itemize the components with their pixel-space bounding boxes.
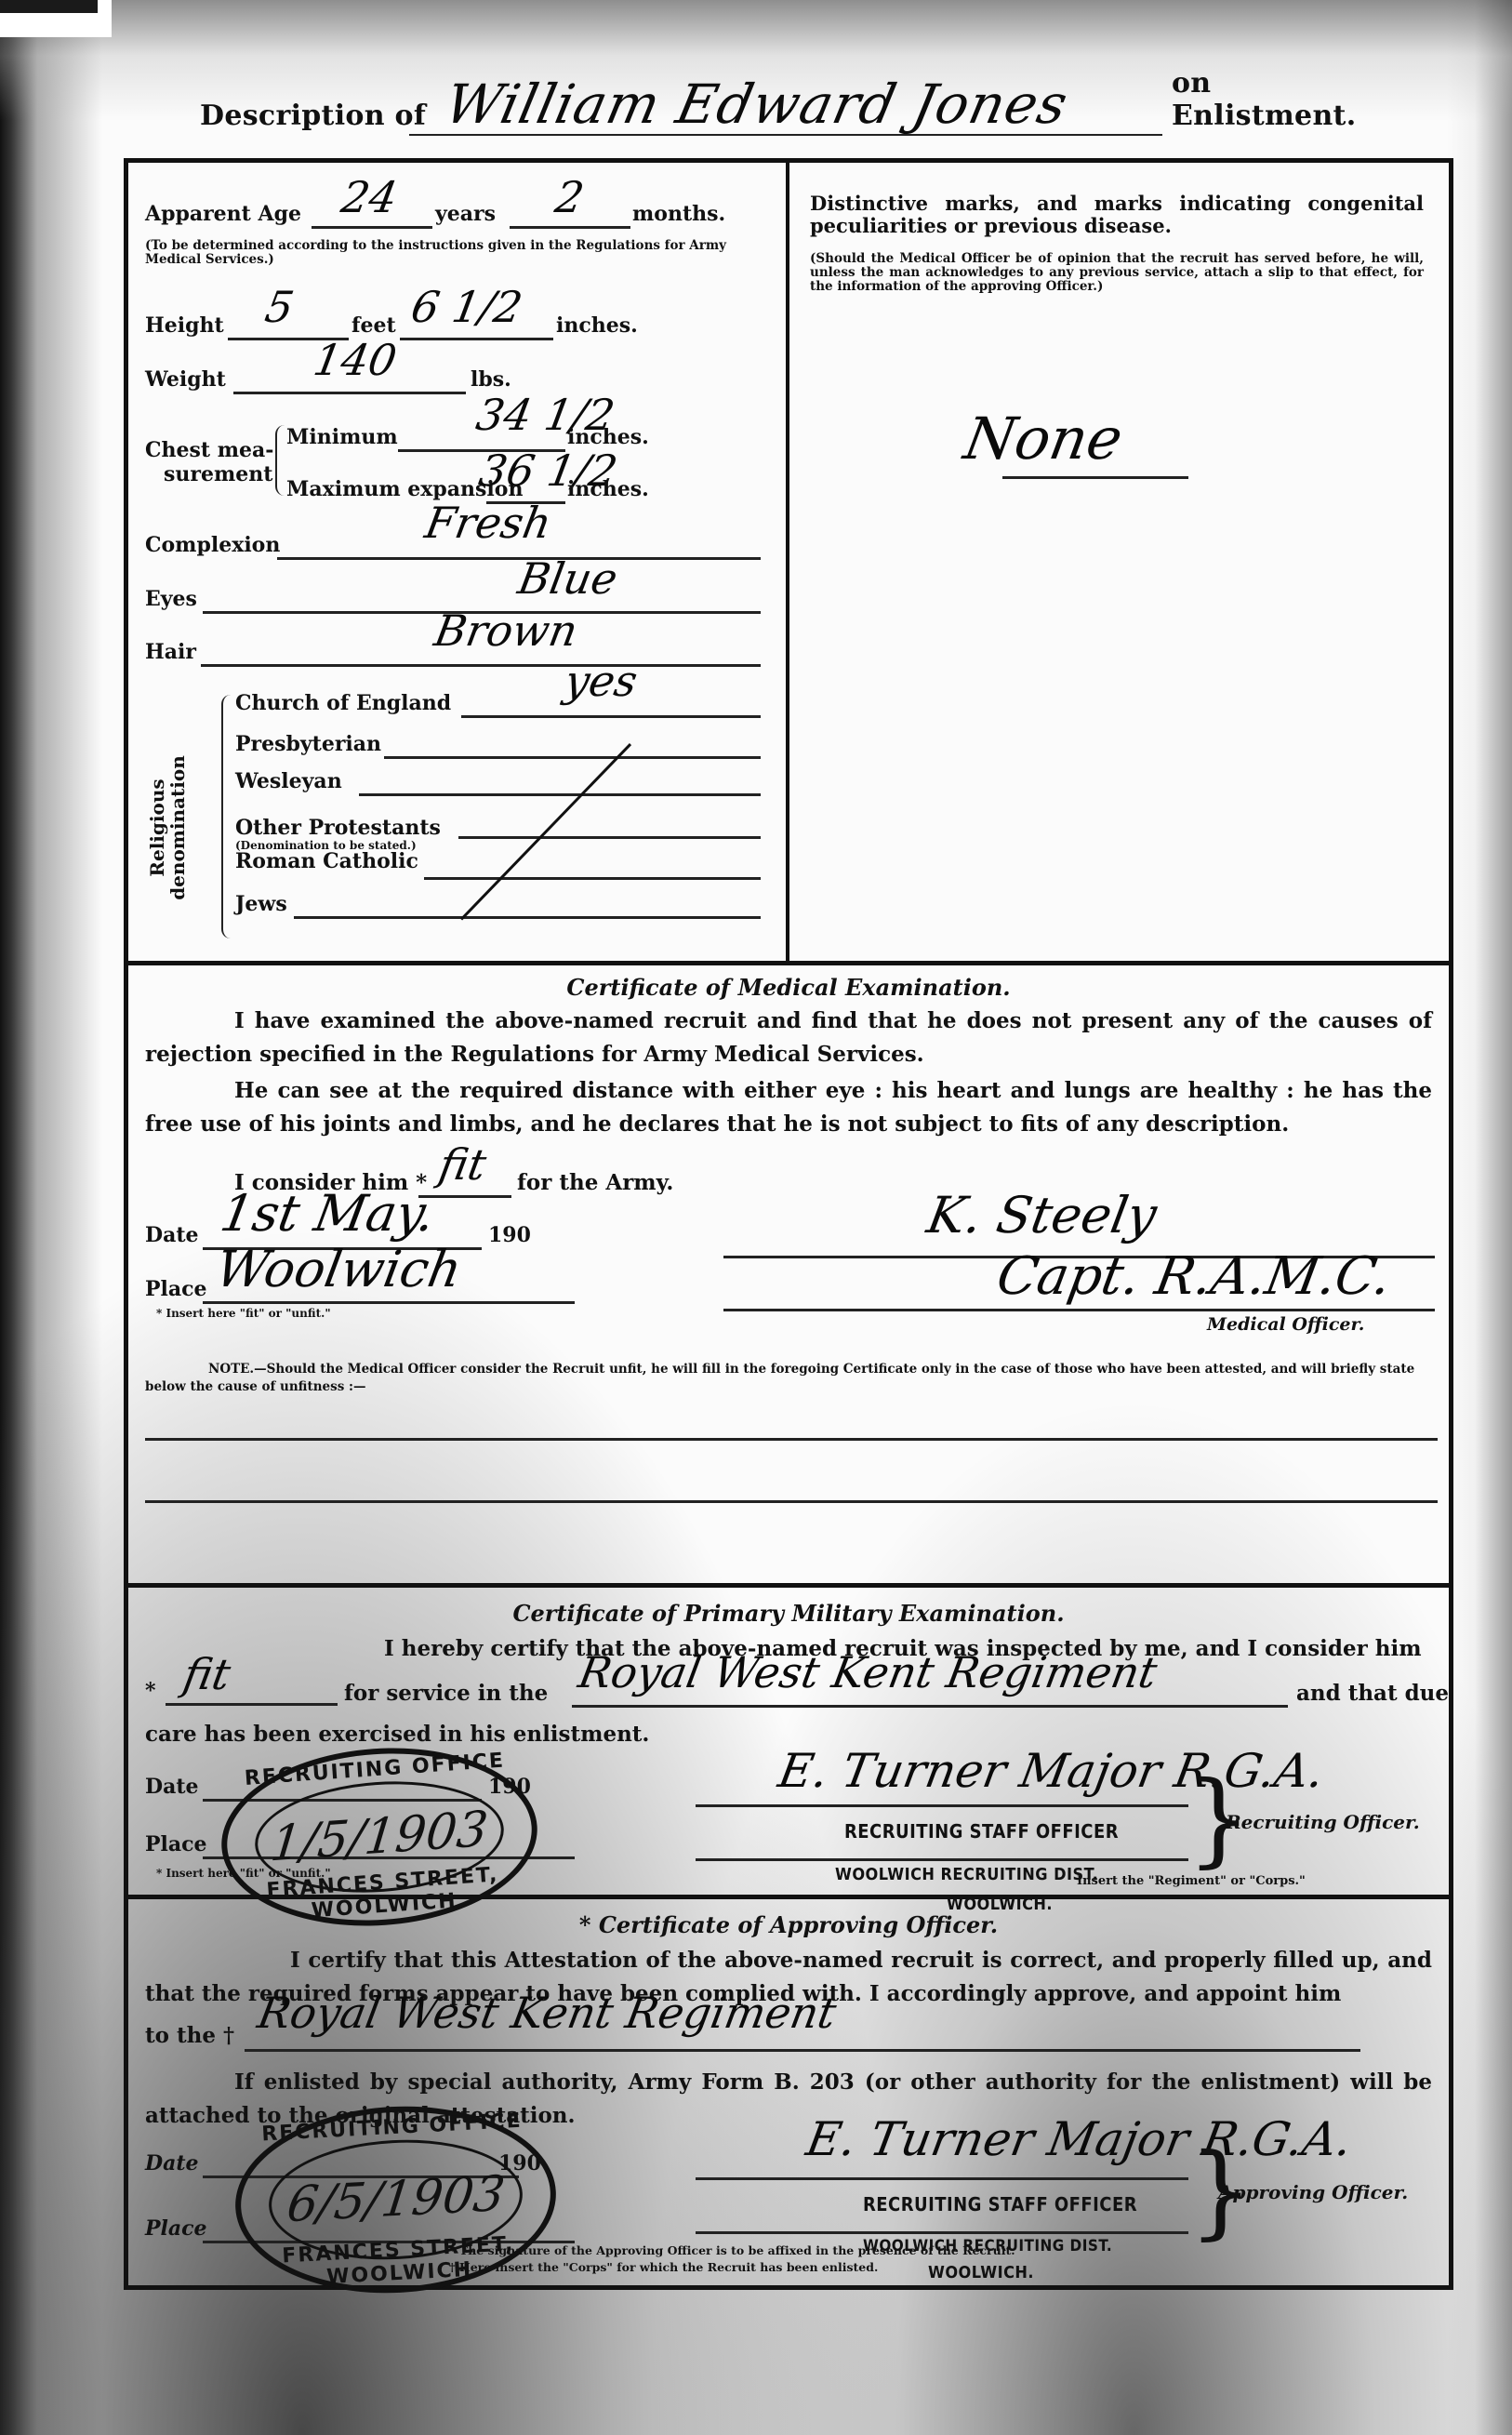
primary-fit-line <box>166 1703 338 1706</box>
medical-place-value: Woolwich <box>211 1240 466 1298</box>
recruiting-officer-stamp-line2: WOOLWICH RECRUITING DIST. <box>835 1865 1098 1884</box>
primary-place-label: Place <box>145 1832 207 1856</box>
religion-side-label-line1: Religious <box>147 730 167 925</box>
religion-presbyterian-label: Presbyterian <box>235 732 381 756</box>
complexion-value: Fresh <box>421 498 555 548</box>
weight-value: 140 <box>310 335 400 385</box>
unfit-cause-line-2[interactable] <box>145 1500 1438 1503</box>
approving-certificate-title: * Certificate of Approving Officer. <box>128 1911 1449 1938</box>
religion-church-of-england-value: yes <box>561 656 641 706</box>
approving-officer-signature-line <box>696 2177 1188 2180</box>
medical-place-line <box>203 1301 575 1304</box>
hair-line <box>201 664 761 667</box>
approving-officer-role: Approving Officer. <box>1218 2181 1408 2203</box>
recruiting-office-stamp-1: RECRUITING OFFICE 1/5/1903 FRANCES STREE… <box>216 1737 543 1936</box>
approving-officer-stamp-line3: WOOLWICH. <box>928 2263 1034 2282</box>
hair-label: Hair <box>145 640 196 664</box>
height-feet-value: 5 <box>261 282 298 332</box>
regiment-corps-note: Insert the "Regiment" or "Corps." <box>1077 1874 1306 1888</box>
chest-label-line2: surement <box>164 462 272 486</box>
religion-roman-catholic-label: Roman Catholic <box>235 849 418 873</box>
complexion-label: Complexion <box>145 533 280 557</box>
primary-fit-prefix: * <box>145 1679 156 1703</box>
approving-officer-stamp-line1: RECRUITING STAFF OFFICER <box>863 2193 1137 2215</box>
height-label: Height <box>145 313 224 338</box>
unfit-cause-line-1[interactable] <box>145 1438 1438 1441</box>
approving-footnote-2: † Here insert the "Corps" for which the … <box>449 2259 878 2276</box>
religion-other-protestants-line <box>458 836 761 839</box>
medical-date-label: Date <box>145 1223 199 1247</box>
primary-date-label: Date <box>145 1775 199 1799</box>
appoint-prefix: to the † <box>145 2023 234 2048</box>
stamp-top-text: RECRUITING OFFICE <box>221 1748 527 1792</box>
primary-fit-value: fit <box>179 1649 234 1699</box>
primary-regiment-line <box>572 1705 1288 1708</box>
religion-other-protestants-label: Other Protestants <box>235 816 441 840</box>
chest-maximum-unit: inches. <box>567 477 649 501</box>
medical-officer-role: Medical Officer. <box>1207 1314 1364 1335</box>
distinctive-marks-value: None <box>960 405 1128 472</box>
approving-date-label: Date <box>145 2151 199 2176</box>
approving-footnote-1: * The signature of the Approving Officer… <box>449 2242 1015 2259</box>
recruiting-officer-signature-line <box>696 1804 1188 1807</box>
chest-minimum-label: Minimum <box>286 425 398 449</box>
appoint-regiment-value: Royal West Kent Regiment <box>254 1988 840 2038</box>
religion-brace <box>221 695 231 938</box>
distinctive-marks-underline <box>1002 476 1188 479</box>
primary-regiment-value: Royal West Kent Regiment <box>575 1647 1161 1697</box>
medical-officer-rank: Capt. R.A.M.C. <box>992 1246 1396 1307</box>
religion-roman-catholic-line <box>424 877 761 880</box>
recruit-name-field: William Edward Jones <box>409 74 1162 136</box>
age-label: Apparent Age <box>145 202 301 226</box>
religion-church-of-england-label: Church of England <box>235 691 451 715</box>
consider-him-suffix: for the Army. <box>517 1170 673 1195</box>
primary-military-line3: care has been exercised in his enlistmen… <box>145 1722 649 1747</box>
binding-edge <box>0 0 98 13</box>
recruit-name: William Edward Jones <box>440 73 1074 136</box>
chest-label-line1: Chest mea- <box>145 438 273 462</box>
eyes-value: Blue <box>514 553 621 604</box>
height-inches-label: inches. <box>556 313 638 338</box>
age-years-value: 24 <box>338 172 401 222</box>
recruiting-officer-rank-line <box>696 1858 1188 1861</box>
medical-certificate-title: Certificate of Medical Examination. <box>128 974 1449 1001</box>
religion-wesleyan-line <box>359 793 761 796</box>
primary-service-prefix: for service in the <box>344 1681 548 1706</box>
recruiting-officer-role: Recruiting Officer. <box>1226 1811 1420 1833</box>
religion-jews-line <box>294 916 761 919</box>
eyes-label: Eyes <box>145 587 197 611</box>
approving-officer-signature: E. Turner Major R.G.A. <box>802 2112 1357 2166</box>
form-frame: Apparent Age 24 years 2 months. (To be d… <box>124 158 1453 2290</box>
medical-date-value: 1st May. <box>216 1184 439 1243</box>
weight-label: Weight <box>145 367 226 392</box>
medical-unfit-note: NOTE.—Should the Medical Officer conside… <box>145 1361 1432 1396</box>
approving-officer-rank-line <box>696 2231 1188 2234</box>
title-suffix: on Enlistment. <box>1172 67 1372 132</box>
medical-year-prefix: 190 <box>488 1223 531 1247</box>
religion-presbyterian-line <box>384 756 761 759</box>
section-divider-approving <box>128 1895 1449 1899</box>
approving-place-label: Place <box>145 2216 207 2241</box>
chest-brace <box>275 425 285 496</box>
section-divider-primary-military <box>128 1583 1449 1588</box>
column-divider <box>786 163 789 961</box>
recruiting-officer-stamp-line1: RECRUITING STAFF OFFICER <box>844 1820 1119 1843</box>
age-instruction-note: (To be determined according to the instr… <box>145 239 749 267</box>
religion-wesleyan-label: Wesleyan <box>235 769 342 793</box>
medical-certificate-para1: I have examined the above-named recruit … <box>145 1005 1432 1071</box>
age-years-label: years <box>435 202 496 226</box>
height-inches-line <box>400 338 553 340</box>
religion-strike-through-mark <box>460 743 631 921</box>
age-months-value: 2 <box>551 172 588 222</box>
hair-value: Brown <box>431 605 581 656</box>
medical-fit-footnote: * Insert here "fit" or "unfit." <box>156 1307 331 1321</box>
medical-rank-line <box>723 1309 1435 1311</box>
stamp-date: 6/5/1903 <box>284 2166 508 2234</box>
title-prefix: Description of <box>200 100 426 132</box>
age-years-line <box>312 226 432 229</box>
age-months-label: months. <box>632 202 725 226</box>
religion-side-label: Religious denomination <box>147 730 188 925</box>
document-title: Description of William Edward Jones on E… <box>200 74 1372 140</box>
stamp-date: 1/5/1903 <box>268 1802 490 1873</box>
primary-service-suffix: and that due <box>1296 1681 1449 1706</box>
weight-line <box>233 392 466 394</box>
height-inches-value: 6 1/2 <box>407 282 525 332</box>
age-months-line <box>510 226 630 229</box>
religion-church-of-england-line <box>461 715 761 718</box>
section-divider-medical <box>128 961 1449 965</box>
primary-military-title: Certificate of Primary Military Examinat… <box>128 1600 1449 1627</box>
weight-unit: lbs. <box>471 367 511 392</box>
religion-side-label-line2: denomination <box>167 730 188 925</box>
medical-officer-signature: K. Steely <box>922 1186 1161 1244</box>
religion-jews-label: Jews <box>235 892 287 916</box>
medical-place-label: Place <box>145 1277 207 1301</box>
appoint-regiment-line <box>245 2049 1360 2052</box>
complexion-line <box>277 557 761 560</box>
consider-him-value: fit <box>435 1139 490 1190</box>
distinctive-marks-heading: Distinctive marks, and marks indicating … <box>810 193 1424 237</box>
medical-certificate-para2: He can see at the required distance with… <box>145 1074 1432 1141</box>
distinctive-marks-instruction: (Should the Medical Officer be of opinio… <box>810 252 1424 294</box>
